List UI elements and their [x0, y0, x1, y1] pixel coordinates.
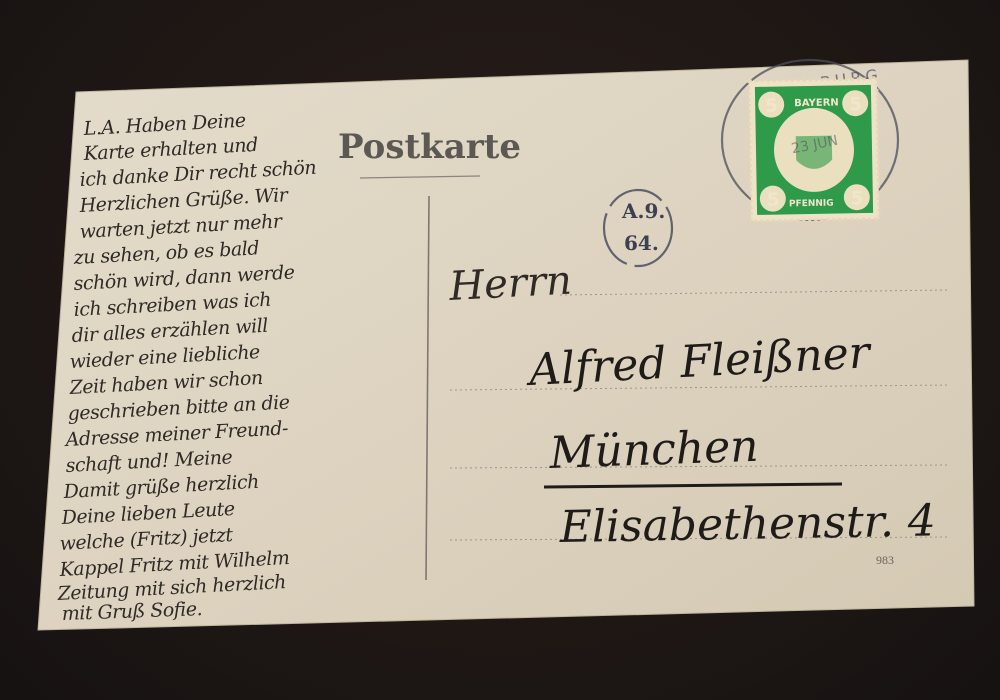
address-city: München: [548, 421, 760, 479]
svg-text:64.: 64.: [624, 231, 659, 255]
svg-text:5: 5: [851, 188, 864, 209]
stamp-country: BAYERN: [794, 97, 839, 109]
postcard-photo: Postkarte NEU...BURG 5 5 5 5 BAYERN PFEN…: [0, 0, 1000, 700]
address-salutation: Herrn: [447, 258, 573, 310]
postkarte-title: Postkarte: [338, 127, 521, 167]
stamp-unit: PFENNIG: [789, 199, 834, 210]
postage-stamp: 5 5 5 5 BAYERN PFENNIG 23 JUN: [749, 79, 879, 221]
svg-text:A.9.: A.9.: [621, 199, 665, 223]
address-street: Elisabethenstr. 4: [558, 495, 936, 553]
card-number-text: 983: [876, 553, 894, 567]
svg-text:5: 5: [849, 94, 862, 115]
svg-text:5: 5: [767, 190, 780, 211]
svg-text:5: 5: [765, 96, 778, 117]
